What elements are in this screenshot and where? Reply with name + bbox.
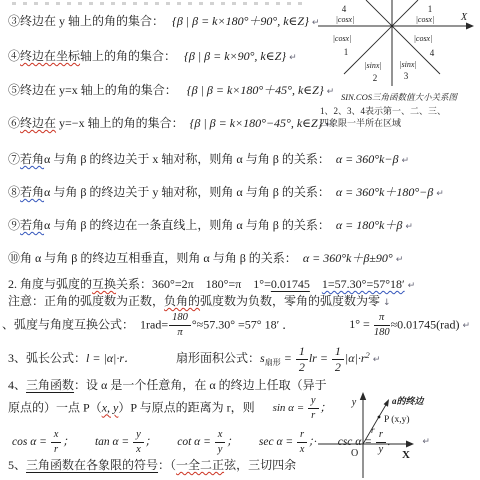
cos-region-label: |cosx| [414,34,433,43]
paragraph-mark: ↵ [396,255,404,265]
set-formula: {β | β = k×180°−45°, k∈Z} [190,116,323,130]
misspell-word: 互换 [92,277,116,291]
item-5-line: ⑤终边在 y=x 轴上的角的集合：{β | β = k×180°＋45°, k∈… [8,83,334,98]
heading-text: 4、 [8,378,26,392]
section-5-line: 5、三角函数在各象限的符号：（一全二正弦，三切四余 [8,458,296,473]
item-number: ⑨ [8,218,20,232]
body-text: ）P 与原点的距离为 r，则 [118,400,254,414]
y-axis-arrow-icon [360,392,366,400]
misspell-word: 若角 [20,185,44,199]
relation-formula: α = 360°k−β [336,152,399,166]
separator: ； [226,436,238,448]
separator: ； [62,436,74,448]
x-axis-label: X [402,449,410,461]
origin-label: O [351,448,358,459]
note-text: 注意：正角的弧度数为正数， [8,294,164,308]
heading-text: 3、弧长公式： [8,351,86,365]
item-text: 终边在 y=x 轴上的角的集合： [20,83,177,97]
cos-region-label: |cosx| [333,34,352,43]
note-text: 弧度数为负数，零角的弧度数为零 [200,294,380,308]
fraction-r-over-x: rx [297,430,307,455]
heading-text: 弦，三切四余 [224,458,296,472]
sector-area-formula: |α|·r [345,351,366,365]
region-number: 2 [373,73,378,83]
heading-text: ：设 α 是一个任意角，在 α 的终边上任取（异于 [74,378,327,392]
underlined-term: 三角函数在各象限的符号 [26,458,158,472]
heading-text: 5、 [8,458,26,472]
item-number: ⑥ [8,116,20,130]
item-number: ④ [8,49,20,63]
conversion-text: °≈57.30° =57° 18′ ． [192,317,294,331]
fraction-pi-over-180: π180 [374,313,390,338]
sin-cos-comparison-diagram: X 4 1 |cosx| |cosx| |cosx| |cosx| 1 4 |s… [318,0,480,132]
region-number: 3 [404,71,409,81]
radian-degree-conversion-line: 、弧度与角度互换公式： 1rad=180π°≈57.30° =57° 18′ ．… [2,313,470,338]
heading-text: 关系：360°=2π 180°=π 1°= [116,277,271,291]
diagram-caption: 四象限一半所在区域 [320,117,401,128]
x-axis-label: X [460,12,468,23]
item-text: α 与角 β 的终边关于 y 轴对称，则角 α 与角 β 的关系： [44,185,330,199]
item-7-line: ⑦若角α 与角 β 的终边关于 x 轴对称，则角 α 与角 β 的关系：α = … [8,152,409,167]
misspell-word: 终边在坐标 [20,49,80,63]
paragraph-mark: ↵ [373,355,381,365]
section-4-line-2: 原点的）一点 P（x, y）P 与原点的距离为 r，则sin α = yr； [8,396,332,421]
diagram-caption: 1、2、3、4表示第一、二、三、 [320,105,446,116]
item-text: 轴上的角的集合： [80,49,176,63]
heading-text: 2. 角度与弧度的 [8,277,92,291]
fraction-180-over-pi: 180π [169,313,191,338]
item-text: y=−x 轴上的角的集合： [56,116,184,130]
diagram-caption: SIN.COS三角函数值大小关系图 [341,92,458,102]
item-text: 终边在 y 轴上的角的集合： [20,14,164,28]
item-number: ⑤ [8,83,20,97]
document-page: ③终边在 y 轴上的角的集合：{β | β = k×180°＋90°, k∈Z}… [0,0,480,480]
angle-terminal-side-diagram: y X O a的终边 P (x,y) r [318,368,480,480]
sector-area-formula: lr = [309,351,331,365]
arc-length-formula: l = |α|·r． [86,351,136,365]
section-4-line-1: 4、三角函数：设 α 是一个任意角，在 α 的终边上任取（异于 [8,378,327,393]
item-8-line: ⑧若角α 与角 β 的终边关于 y 轴对称，则角 α 与角 β 的关系：α = … [8,185,444,200]
item-number: ⑩ [8,251,20,265]
ray-arrow-icon [384,399,389,407]
tan-definition: tan α = yx； [95,430,156,455]
item-6-line: ⑥终边在 y=−x 轴上的角的集合：{β | β = k×180°−45°, k… [8,116,333,131]
sin-definition: sin α = [273,402,307,414]
set-formula: {β | β = k×180°＋45°, k∈Z} [187,83,324,97]
sector-subscript: 扇形 [265,358,281,367]
cos-definition: cos α = xr； [12,430,74,455]
misspell-word: 终边在 [20,116,56,130]
set-formula: {β | β = k×180°＋90°, k∈Z} [172,14,309,28]
spacer-text [310,277,322,291]
paragraph-mark: ↵ [462,321,470,331]
item-10-line: ⑩角 α 与角 β 的终边互相垂直，则角 α 与角 β 的关系：α = 360°… [8,251,403,266]
separator: ； [145,436,157,448]
item-9-line: ⑨若角α 与角 β 的终边在一条直线上，则角 α 与角 β 的关系：α = 18… [8,218,413,233]
cos-region-label: |cosx| [416,15,435,24]
point-p-label: P (x,y) [384,414,410,425]
item-4-line: ④终边在坐标轴上的角的集合：{β | β = k×90°, k∈Z}↵ [8,49,297,64]
sin-region-label: |sinx| [399,60,416,69]
conversion-text: 1° = [349,317,373,331]
relation-formula: α = 180°k＋β [336,218,403,232]
paragraph-mark: ↵ [405,222,413,232]
sin-region-label: |sinx| [364,61,381,70]
item-3-line: ③终边在 y 轴上的角的集合：{β | β = k×180°＋90°, k∈Z}… [8,14,319,29]
paragraph-mark: ↵ [408,281,416,291]
line-break-mark: ↓ [383,298,391,308]
heading-text: ：（ [158,458,176,472]
fraction-x-over-r: xr [51,430,62,455]
misspell-word: x, y [102,400,119,414]
conversion-text: 、弧度与角度互换公式： 1rad= [2,317,168,331]
misspell-word: 若角 [20,152,44,166]
equals-sign: = [281,351,295,365]
paragraph-mark: ↵ [289,53,297,63]
region-number: 4 [342,4,347,14]
fraction-one-half: 12 [296,345,308,373]
radius-label: r [371,425,375,435]
misspell-word: 负角的 [164,294,200,308]
item-text: α 与角 β 的终边在一条直线上，则角 α 与角 β 的关系： [44,218,330,232]
cropped-text-remnant [12,2,307,5]
item-text: α 与角 β 的终边关于 x 轴对称，则角 α 与角 β 的关系： [44,152,330,166]
cot-definition: cot α = xy； [177,430,238,455]
heading-text: 扇形面积公式： [176,351,260,365]
point-p-dot [378,416,381,419]
misspell-word: 一全二正 [176,458,224,472]
section-2-note: 注意：正角的弧度数为正数，负角的弧度数为负数，零角的弧度数为零↓ [8,294,391,309]
region-number: 1 [428,4,433,14]
set-formula: {β | β = k×90°, k∈Z} [184,49,286,63]
body-text: 原点的）一点 P（ [8,400,102,414]
cos-region-label: |cosx| [336,15,355,24]
terminal-side-label: a的终边 [392,396,426,406]
region-number: 1 [344,47,349,57]
underlined-term: 三角函数 [26,378,74,392]
y-axis-label: y [351,397,357,408]
item-number: ③ [8,14,20,28]
relation-formula: α = 360°k＋180°−β [336,185,433,199]
x-axis-arrow-icon [466,23,474,30]
underlined-value: 0.01745 [271,277,310,291]
paragraph-mark: ↵ [436,189,444,199]
paragraph-mark: ↵ [401,156,409,166]
item-number: ⑧ [8,185,20,199]
item-text: 角 α 与角 β 的终边互相垂直，则角 α 与角 β 的关系： [20,251,297,265]
x-axis-arrow-icon [406,441,414,448]
fraction-y-over-x: yx [133,430,144,455]
fraction-y-over-r: yr [308,396,319,421]
item-number: ⑦ [8,152,20,166]
sec-definition: sec α = rx；· [259,430,317,455]
misspell-word: 若角 [20,218,44,232]
section-2-heading: 2. 角度与弧度的互换关系：360°=2π 180°=π 1°=0.01745 … [8,277,415,292]
region-number: 4 [430,48,435,58]
exponent: 2 [366,350,370,360]
conversion-text: ≈0.01745(rad) [391,317,460,331]
separator: ；· [308,436,317,448]
fraction-x-over-y: xy [215,430,226,455]
relation-formula: α = 360°k＋β±90° [303,251,393,265]
misspell-value: 1=57.30°=57°18′ [322,277,405,291]
